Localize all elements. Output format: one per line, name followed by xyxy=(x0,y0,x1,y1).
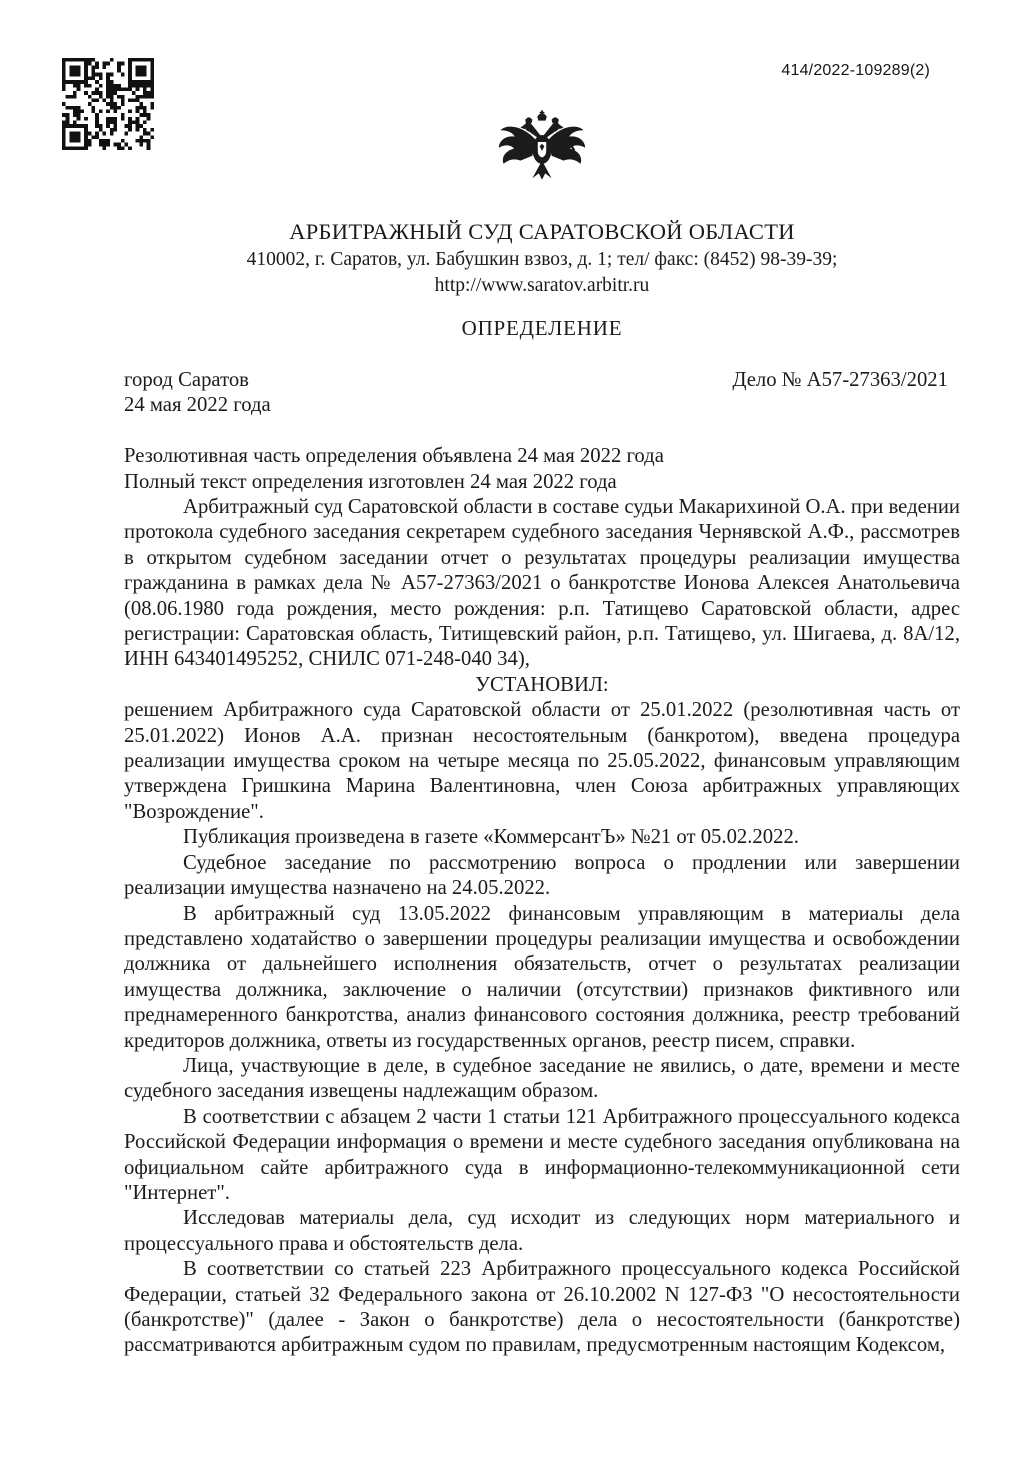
body-paragraph: Лица, участвующие в деле, в судебное зас… xyxy=(124,1054,960,1105)
body-paragraph: В соответствии с абзацем 2 части 1 стать… xyxy=(124,1105,960,1207)
body-paragraph: Публикация произведена в газете «Коммерс… xyxy=(124,825,960,850)
announce-line-fulltext: Полный текст определения изготовлен 24 м… xyxy=(124,470,960,495)
body-paragraph: Судебное заседание по рассмотрению вопро… xyxy=(124,851,960,902)
court-document-page: 414/2022-109289(2) xyxy=(0,0,1033,1461)
place-line: город Саратов xyxy=(124,368,249,393)
court-address: 410002, г. Саратов, ул. Бабушкин взвоз, … xyxy=(51,249,1033,271)
court-name: АРБИТРАЖНЫЙ СУД САРАТОВСКОЙ ОБЛАСТИ xyxy=(51,219,1033,245)
document-title: ОПРЕДЕЛЕНИЕ xyxy=(51,316,1033,341)
body-paragraph: В соответствии со статьей 223 Арбитражно… xyxy=(124,1257,960,1359)
announce-line-resolutive: Резолютивная часть определения объявлена… xyxy=(124,444,960,469)
document-body: город Саратов Дело № А57-27363/2021 24 м… xyxy=(124,368,960,1359)
court-website: http://www.saratov.arbitr.ru xyxy=(51,275,1033,297)
document-stamp-number: 414/2022-109289(2) xyxy=(781,62,930,80)
intro-paragraph: Арбитражный суд Саратовской области в со… xyxy=(124,495,960,673)
body-paragraph: В арбитражный суд 13.05.2022 финансовым … xyxy=(124,902,960,1054)
case-number: Дело № А57-27363/2021 xyxy=(732,368,960,393)
coat-of-arms-icon xyxy=(494,108,590,194)
body-paragraph: Исследовав материалы дела, суд исходит и… xyxy=(124,1206,960,1257)
ustanovil-heading: УСТАНОВИЛ: xyxy=(124,673,960,698)
body-paragraph: решением Арбитражного суда Саратовской о… xyxy=(124,698,960,825)
blank-line xyxy=(124,419,960,444)
date-line: 24 мая 2022 года xyxy=(124,393,960,418)
